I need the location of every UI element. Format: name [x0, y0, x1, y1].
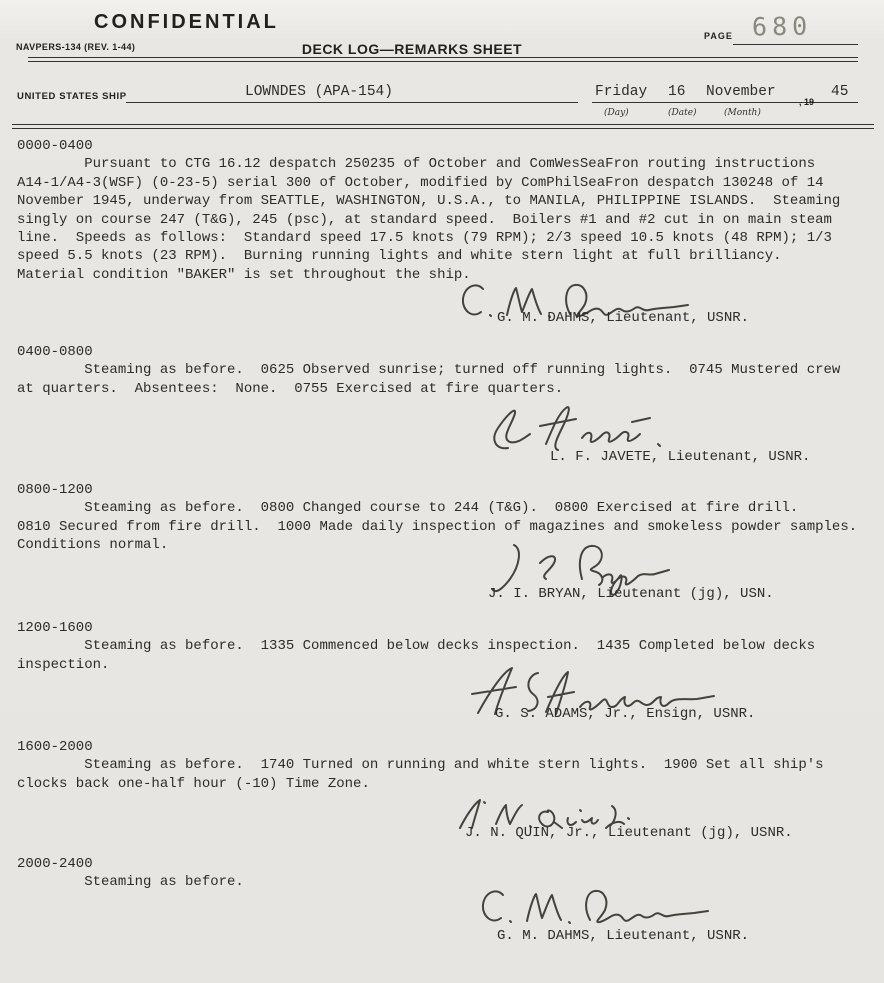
- caption-day: (Day): [604, 108, 629, 118]
- watch-period: 1200-1600: [17, 619, 884, 637]
- log-entry-2000-2400: 2000-2400 Steaming as before. G. M. DAHM…: [0, 855, 884, 892]
- ship-name: LOWNDES (APA-154): [245, 84, 393, 100]
- log-entry-1600-2000: 1600-2000 Steaming as before. 1740 Turne…: [0, 738, 884, 793]
- ship-name-underline: [126, 102, 578, 103]
- officer-attribution: G. M. DAHMS, Lieutenant, USNR.: [497, 927, 749, 945]
- date-day: Friday: [595, 84, 647, 100]
- caption-date: (Date): [668, 108, 697, 118]
- remarks-text: Steaming as before. 1740 Turned on runni…: [17, 756, 884, 793]
- page-number-underline: [733, 44, 858, 45]
- officer-attribution: J. N. QUIN, Jr., Lieutenant (jg), USNR.: [465, 824, 793, 842]
- officer-attribution: J. I. BRYAN, Lieutenant (jg), USN.: [488, 585, 774, 603]
- caption-month: (Month): [724, 108, 761, 118]
- log-entry-0000-0400: 0000-0400 Pursuant to CTG 16.12 despatch…: [0, 137, 884, 284]
- watch-period: 0400-0800: [17, 343, 884, 361]
- remarks-text: Steaming as before. 1335 Commenced below…: [17, 637, 884, 674]
- watch-period: 1600-2000: [17, 738, 884, 756]
- watch-period: 2000-2400: [17, 855, 884, 873]
- year-value: 45: [831, 84, 848, 100]
- log-entry-0800-1200: 0800-1200 Steaming as before. 0800 Chang…: [0, 481, 884, 555]
- page-label: PAGE: [704, 31, 733, 41]
- officer-attribution: G. S. ADAMS, Jr., Ensign, USNR.: [495, 705, 755, 723]
- header-double-rule: [28, 57, 858, 62]
- officer-attribution: L. F. JAVETE, Lieutenant, USNR.: [550, 448, 810, 466]
- year-underline: [827, 102, 858, 103]
- subheader-double-rule: [12, 124, 874, 129]
- remarks-text: Steaming as before. 0800 Changed course …: [17, 499, 884, 554]
- officer-attribution: G. M. DAHMS, Lieutenant, USNR.: [497, 309, 749, 327]
- page-number-stamp: 680: [752, 11, 813, 41]
- watch-period: 0800-1200: [17, 481, 884, 499]
- remarks-text: Steaming as before. 0625 Observed sunris…: [17, 361, 884, 398]
- remarks-text: Steaming as before.: [17, 873, 884, 891]
- remarks-text: Pursuant to CTG 16.12 despatch 250235 of…: [17, 155, 884, 284]
- log-entry-1200-1600: 1200-1600 Steaming as before. 1335 Comme…: [0, 619, 884, 674]
- watch-period: 0000-0400: [17, 137, 884, 155]
- log-entry-0400-0800: 0400-0800 Steaming as before. 0625 Obser…: [0, 343, 884, 398]
- signature-dahms-scribble: [470, 885, 720, 929]
- sheet-title: DECK LOG—REMARKS SHEET: [0, 41, 824, 57]
- date-number: 16: [668, 84, 685, 100]
- year-prefix: , 19: [799, 97, 814, 107]
- date-month: November: [706, 84, 776, 100]
- classification-stamp: CONFIDENTIAL: [94, 11, 279, 34]
- ship-label: UNITED STATES SHIP: [17, 91, 127, 102]
